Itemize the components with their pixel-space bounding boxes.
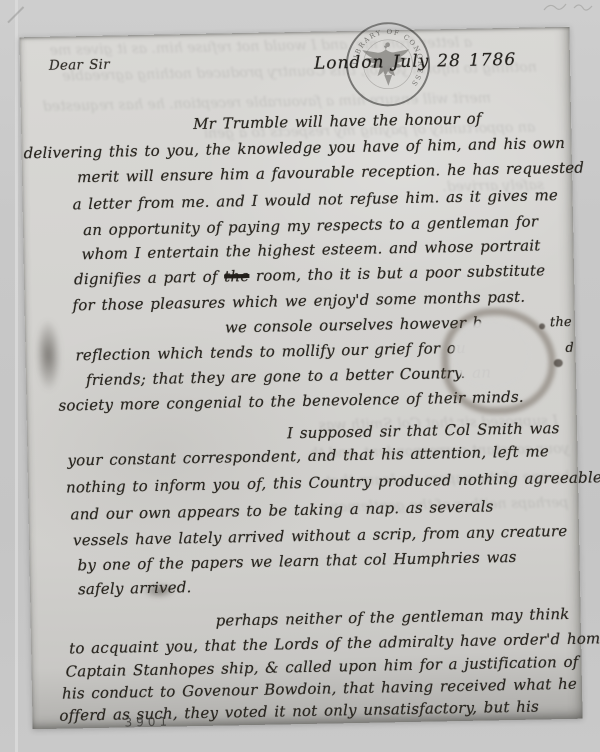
letter-line: we console ourselves however b <box>225 314 483 337</box>
letter-line: reflection which tends to mollify our gr… <box>75 339 466 364</box>
scan-corner-mark <box>0 0 24 23</box>
letter-line: vessels have lately arrived without a sc… <box>73 522 568 549</box>
stain-speck <box>539 323 545 329</box>
letter-line: an opportunity of paying my respects to … <box>83 212 538 239</box>
letter-line: for those pleasures which we enjoy'd som… <box>72 288 525 315</box>
letter-line: nothing to inform you of, this Country p… <box>66 468 600 496</box>
letter-line: friends; that they are gone to a better … <box>86 363 492 389</box>
ink-smudge <box>142 582 176 599</box>
strike-post-text: room, tho it is but a poor substitute <box>249 261 545 285</box>
letter-page: a letter from me. and I would not refuse… <box>19 27 582 729</box>
salutation: Dear Sir <box>49 57 110 74</box>
letter-line-fragment: d <box>565 341 574 357</box>
ink-smudge <box>17 305 63 418</box>
margin-scrawl-mark <box>540 0 596 18</box>
letter-line: perhaps neither of the gentleman may thi… <box>215 605 569 630</box>
letter-line: a letter from me. and I would not refuse… <box>72 186 558 213</box>
letter-line: and our own appears to be taking a nap. … <box>70 497 493 523</box>
struck-word: the <box>224 267 250 285</box>
archive-page-number: 3901 <box>124 715 171 730</box>
letter-line: I supposed sir that Col Smith was <box>287 419 560 442</box>
letter-line: whom I entertain the highest esteem. and… <box>81 236 540 263</box>
letter-line: by one of the papers we learn that col H… <box>77 548 516 574</box>
scan-background: a letter from me. and I would not refuse… <box>0 0 600 752</box>
letter-line: delivering this to you, the knowledge yo… <box>23 134 565 162</box>
strike-pre-text: dignifies a part of <box>74 267 224 288</box>
stain-speck <box>554 359 563 367</box>
letter-line-fragment: the <box>550 315 572 331</box>
library-of-congress-stamp: LIBRARY OF CONGRESS <box>343 19 433 109</box>
letter-line-with-strikeout: dignifies a part of the room, tho it is … <box>74 261 546 288</box>
letter-line: your constant correspondent, and that hi… <box>67 442 549 469</box>
